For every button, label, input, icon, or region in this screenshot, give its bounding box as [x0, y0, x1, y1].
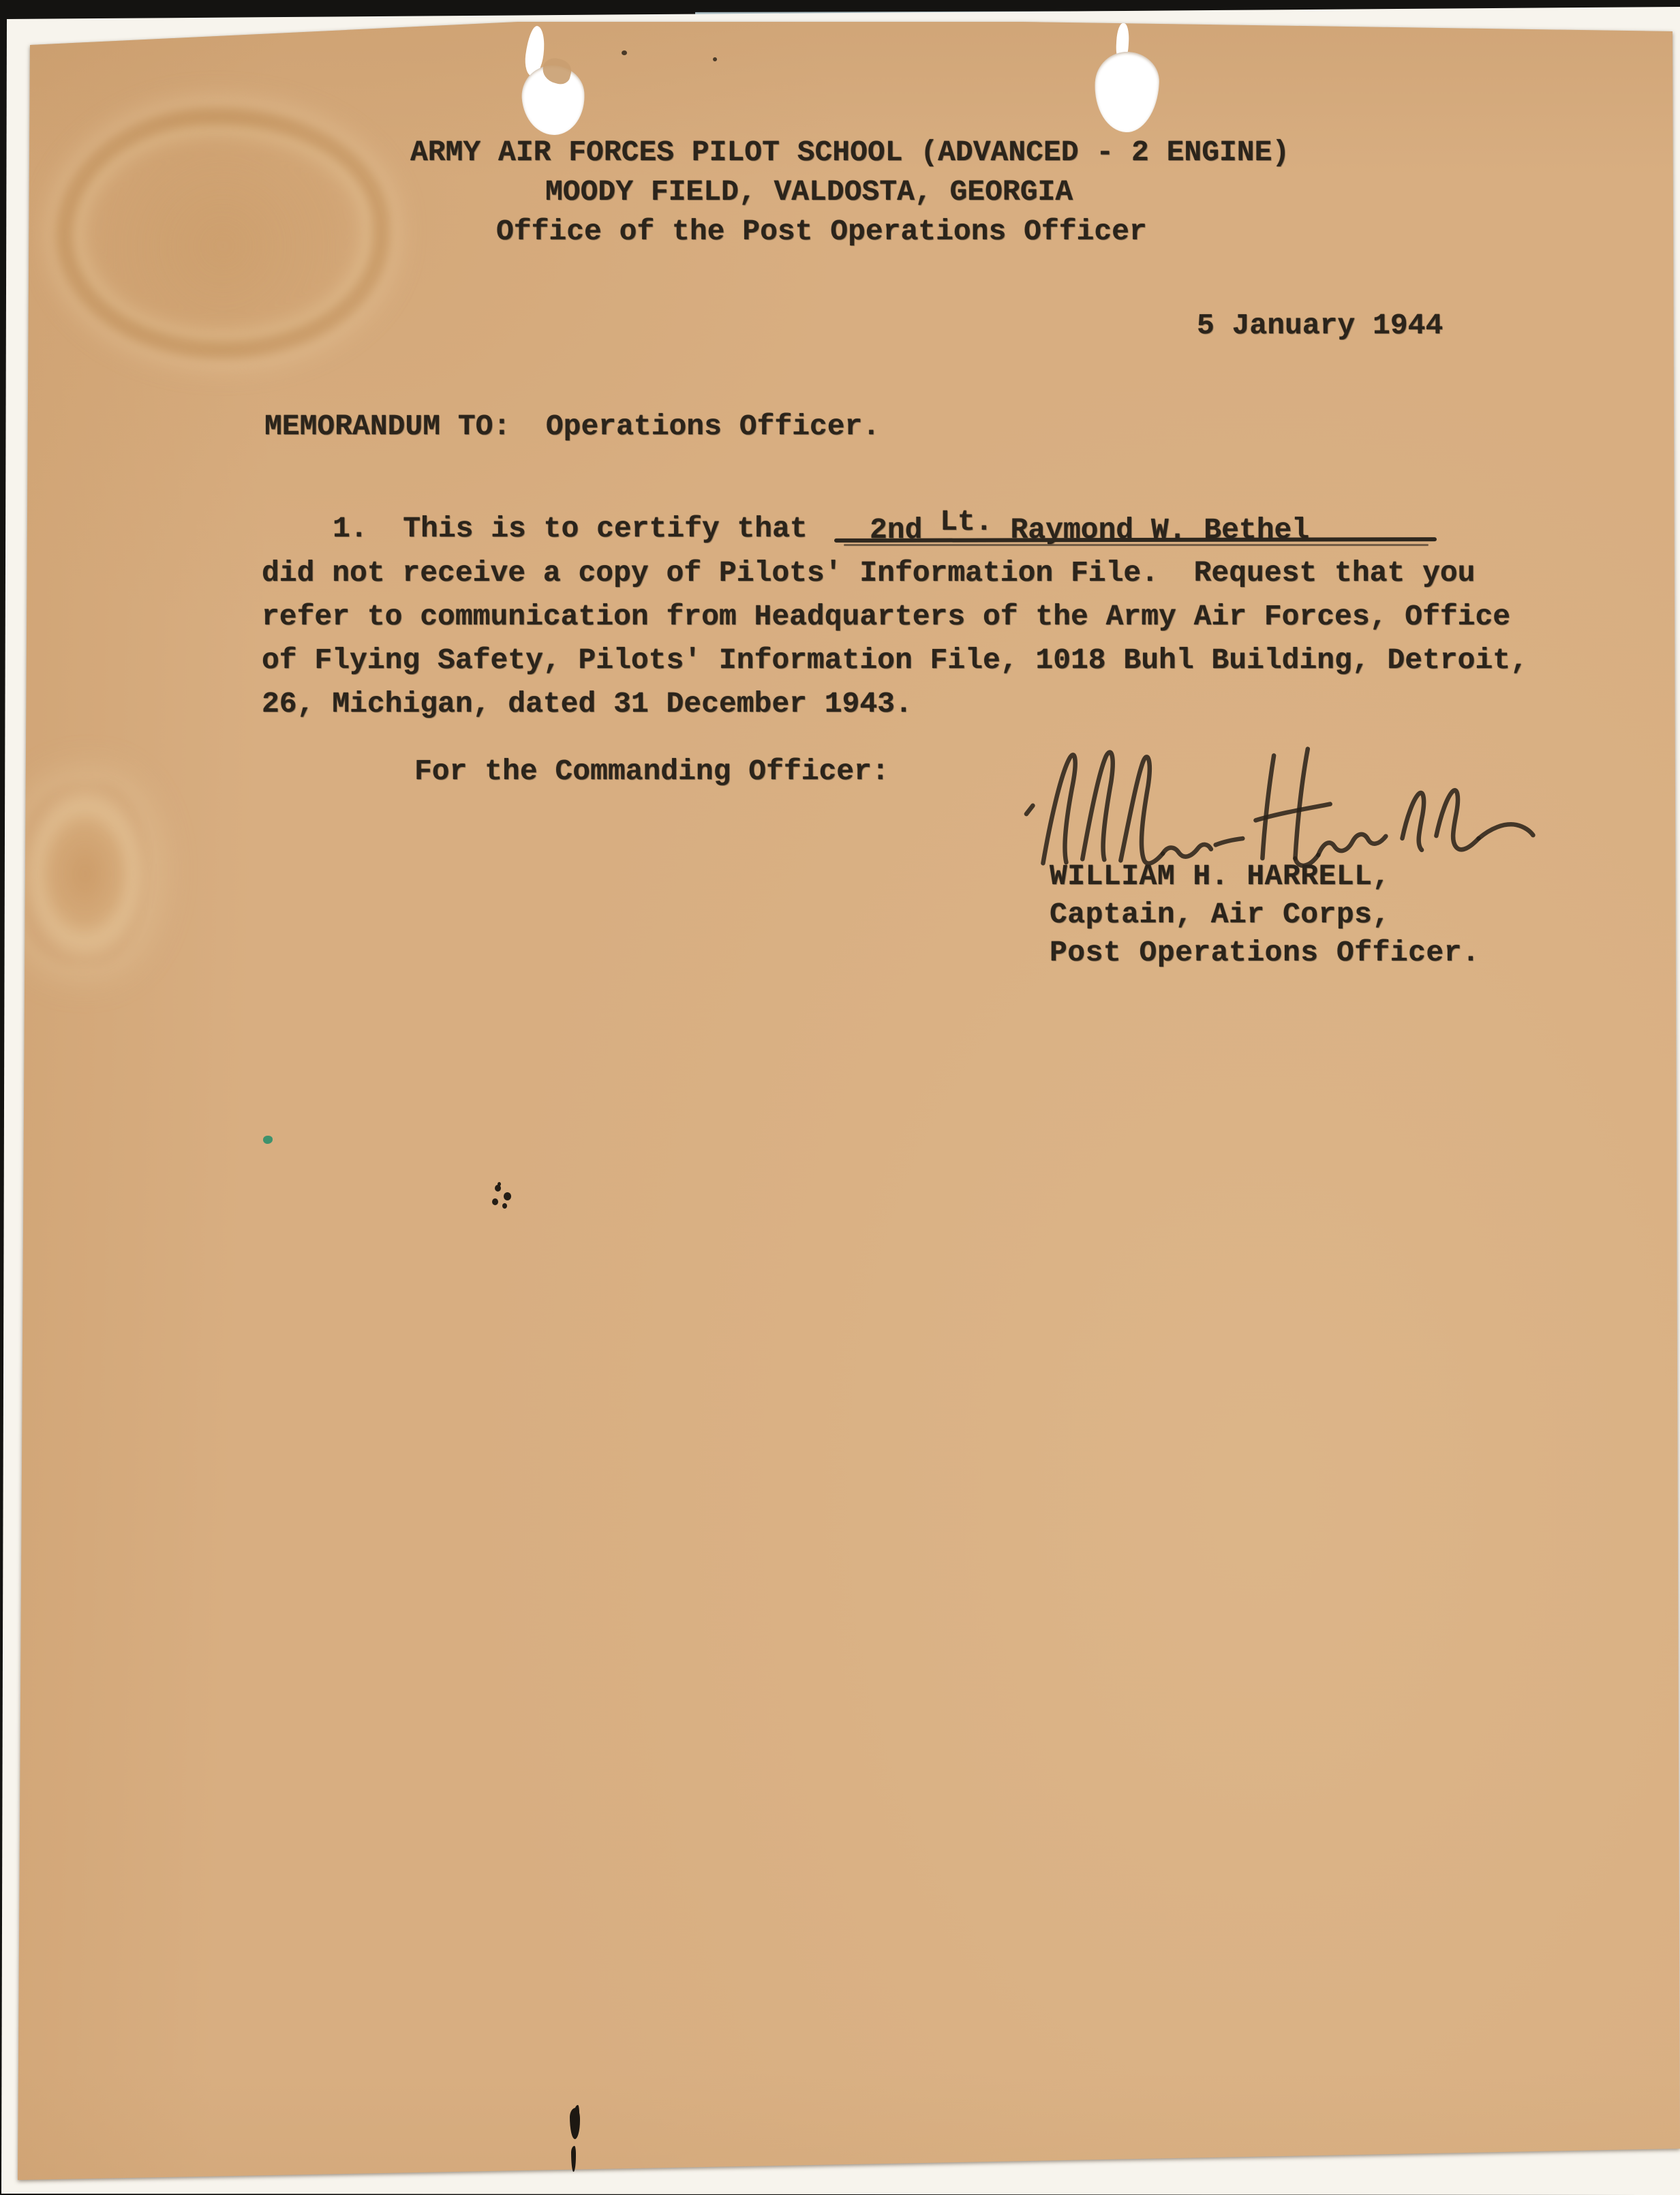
stain-left	[20, 783, 150, 965]
stain-ring	[56, 108, 390, 359]
certify-name-rank-superscript: Lt.	[940, 505, 992, 539]
name-underline-doublestrike	[844, 544, 1429, 546]
memo-line: MEMORANDUM TO: Operations Officer.	[264, 409, 880, 444]
header-line-3: Office of the Post Operations Officer	[496, 214, 1147, 249]
signature-typed-name: WILLIAM H. HARRELL,	[1050, 859, 1390, 894]
ink-speckle	[495, 1185, 501, 1192]
scanner-background: ARMY AIR FORCES PILOT SCHOOL (ADVANCED -…	[0, 0, 1680, 2195]
body-line-3: refer to communication from Headquarters…	[262, 599, 1510, 635]
header-line-1: ARMY AIR FORCES PILOT SCHOOL (ADVANCED -…	[410, 135, 1289, 170]
closing-line: For the Commanding Officer:	[414, 754, 889, 789]
signature-rank-line: Captain, Air Corps,	[1050, 897, 1390, 933]
body-line-5: 26, Michigan, dated 31 December 1943.	[262, 686, 913, 722]
body-line-1-prefix: 1. This is to certify that	[333, 511, 808, 547]
signature-title-line: Post Operations Officer.	[1050, 935, 1480, 971]
header-line-2: MOODY FIELD, VALDOSTA, GEORGIA	[545, 175, 1073, 210]
body-line-4: of Flying Safety, Pilots' Information Fi…	[262, 643, 1528, 678]
paper-speck	[622, 50, 627, 55]
paper-edge-shadow	[0, 0, 1680, 27]
paper-speck	[713, 57, 717, 61]
date-line: 5 January 1944	[1197, 308, 1443, 344]
body-line-2: did not receive a copy of Pilots' Inform…	[262, 556, 1476, 591]
certify-name: 2nd Lt. Raymond W. Bethel	[870, 513, 1309, 548]
